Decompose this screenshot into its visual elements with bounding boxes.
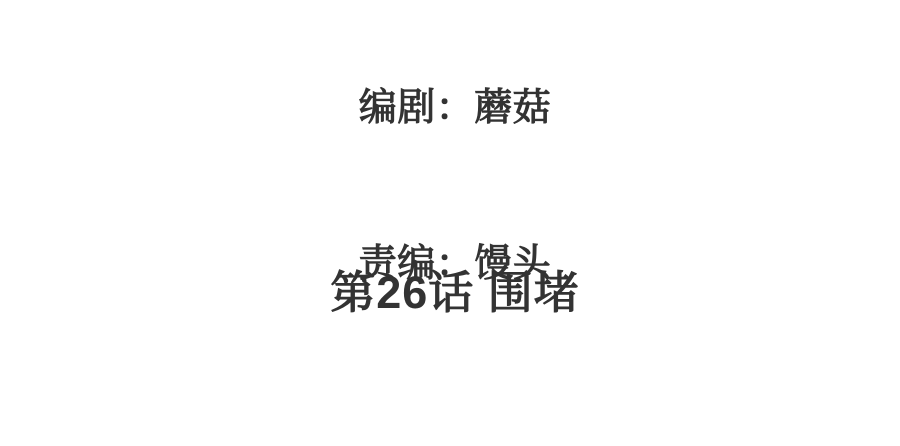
credits-block: 编剧：蘑菇 责编：馒头 [5,0,900,394]
credit-line-scriptwriter: 编剧：蘑菇 [5,82,900,134]
chapter-title: 第26话 围堵 [5,256,900,321]
comic-title-page: 编剧：蘑菇 责编：馒头 第26话 围堵 [0,0,900,446]
